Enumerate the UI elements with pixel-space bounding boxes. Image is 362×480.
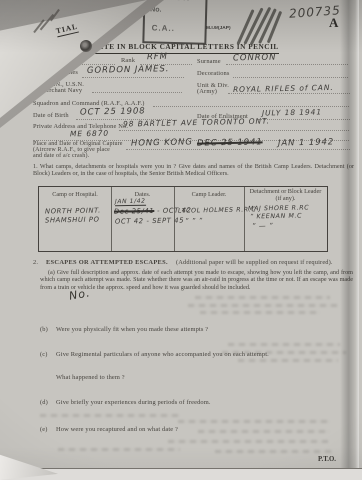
question-2e-text: How were you recaptured and on what date…	[56, 426, 178, 433]
question-2a-answer: No.	[68, 286, 91, 303]
capture-label-3: and date of a/c crash).	[33, 153, 89, 159]
christian-names-value: GORDON JAMES.	[87, 64, 170, 76]
dates-inserted: JAN 1/42	[115, 198, 146, 207]
dob-label: Date of Birth	[33, 112, 69, 119]
address-line-1	[119, 130, 349, 131]
christian-line	[82, 77, 184, 78]
surname-line	[226, 64, 348, 65]
enlistment-value: JULY 18 1941	[262, 107, 322, 117]
table-divider	[244, 187, 245, 251]
dob-value: OCT 25 1908	[80, 106, 146, 117]
question-2e-label: (e)	[40, 426, 48, 433]
detachment-row-3-ditto: ” — ”	[252, 222, 273, 230]
ink-bleedthrough	[40, 414, 180, 417]
ship-line	[92, 92, 182, 93]
rank-label: Rank	[121, 57, 135, 64]
ink-bleedthrough	[168, 440, 328, 443]
detachment-row-1: MAJ SHORE R.RC	[248, 204, 309, 212]
capture-place-value: HONG KONG	[131, 137, 193, 148]
enlistment-line	[258, 119, 350, 120]
fastener-eyelet	[80, 40, 92, 52]
decorations-line	[233, 77, 348, 78]
ink-bleedthrough	[238, 359, 338, 362]
ink-bleedthrough	[198, 430, 330, 433]
question-2d-text: Give briefly your experiences during per…	[56, 399, 211, 406]
question-1-text: 1. What camps, detachments or hospitals …	[33, 163, 354, 178]
col-header-leader: Camp Leader.	[174, 192, 244, 199]
paper-edge-shadow	[340, 0, 359, 468]
surname-label: Surname	[197, 58, 221, 65]
pto-label: P.T.O.	[318, 456, 336, 463]
decorations-label: Decorations	[197, 70, 230, 77]
corner-letter-a: A	[329, 15, 338, 31]
pow-questionnaire-page: TIAL BLOCK No. C.A.. 176 M.I.9/(JAP) 200…	[0, 0, 362, 480]
army-label: (Army)	[197, 88, 217, 95]
leader-row-1: LTCOL HOLMES R.R.C	[178, 206, 256, 214]
capture-date-value: JAN 1 1942	[278, 137, 334, 148]
question-2d-label: (d)	[40, 399, 48, 406]
detachment-row-2: ” KEENAN M.C	[250, 213, 302, 221]
question-2b-text: Were you physically fit when you made th…	[56, 326, 208, 333]
question-2c-text: Give Regimental particulars of anyone wh…	[56, 351, 269, 358]
pencil-hatch-stroke	[267, 11, 282, 43]
question-2c-followup: What happened to them ?	[56, 374, 125, 381]
camp-row-2: SHAMSHUI PO	[45, 216, 100, 225]
ink-bleedthrough	[200, 311, 320, 314]
camps-table: Camp or Hospital. Dates. Camp Leader. De…	[38, 186, 328, 252]
section-2-number: 2.	[33, 259, 38, 266]
ink-bleedthrough	[58, 448, 180, 451]
ink-bleedthrough	[228, 343, 340, 346]
col-header-detachment: Detachment or Block Leader (if any).	[246, 189, 325, 203]
section-2-heading: ESCAPES OR ATTEMPTED ESCAPES.	[46, 259, 168, 266]
leader-row-2-ditto: ” ” ”	[185, 217, 203, 225]
surname-value: CONRON	[233, 53, 277, 64]
capture-line	[126, 149, 350, 150]
question-2c-label: (c)	[40, 351, 48, 358]
dates-struck: Dec 25/41	[114, 207, 154, 216]
ink-bleedthrough	[188, 304, 338, 307]
camp-row-1: NORTH POINT.	[45, 207, 101, 216]
col-header-camp: Camp or Hospital.	[39, 192, 111, 199]
address-phone-value: ME 6870	[70, 129, 109, 139]
dates-row-2: OCT 42 - SEPT 45	[115, 216, 184, 225]
stamp-ca-label: C.A..	[152, 23, 175, 33]
ink-bleedthrough	[178, 420, 330, 423]
question-2b-label: (b)	[40, 326, 48, 333]
mi9-jap-label: M.I.9/(JAP)	[206, 26, 231, 31]
ink-bleedthrough	[195, 296, 330, 299]
rank-value: RFM	[147, 52, 168, 62]
address-value: 98 BARTLET AVE TORONTO ONT.	[123, 116, 270, 128]
ink-bleedthrough	[215, 450, 333, 453]
section-2-note: (Additional paper will be supplied on re…	[176, 259, 333, 266]
capture-date-struck: DEC 25 1941	[197, 137, 263, 148]
